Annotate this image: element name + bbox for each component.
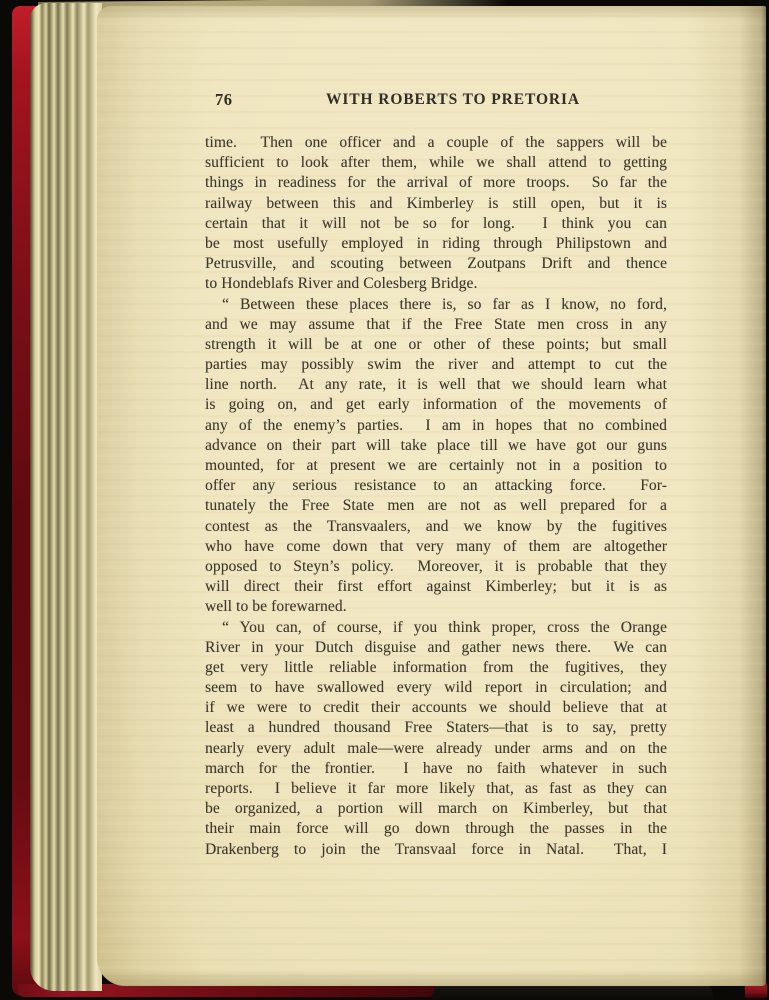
text-line: advance on their part will take place ti… bbox=[205, 436, 667, 456]
text-line: march for the frontier. I have no faith … bbox=[205, 759, 667, 779]
text-line: “ You can, of course, if you think prope… bbox=[205, 618, 667, 638]
book-page: 76 WITH ROBERTS TO PRETORIA time. Then o… bbox=[97, 6, 766, 986]
text-line: be most usefully employed in riding thro… bbox=[205, 234, 667, 254]
text-line: be organized, a portion will march on Ki… bbox=[205, 799, 667, 819]
text-line: if we were to credit their accounts we s… bbox=[205, 698, 667, 718]
text-line: seem to have swallowed every wild report… bbox=[205, 678, 667, 698]
text-line: offer any serious resistance to an attac… bbox=[205, 476, 667, 496]
page-header: 76 WITH ROBERTS TO PRETORIA bbox=[205, 90, 667, 114]
text-line: things in readiness for the arrival of m… bbox=[205, 173, 667, 193]
page-edges-stack bbox=[30, 3, 102, 991]
text-line: and we may assume that if the Free State… bbox=[205, 315, 667, 335]
running-head: WITH ROBERTS TO PRETORIA bbox=[205, 91, 667, 109]
paragraph: “ You can, of course, if you think prope… bbox=[205, 618, 667, 860]
text-line: reports. I believe it far more likely th… bbox=[205, 779, 667, 799]
text-line: is going on, and get early information o… bbox=[205, 395, 667, 415]
text-line: Petrusville, and scouting between Zoutpa… bbox=[205, 254, 667, 274]
body-text: time. Then one officer and a couple of t… bbox=[205, 133, 667, 860]
text-line: who have come down that very many of the… bbox=[205, 537, 667, 557]
text-line: line north. At any rate, it is well that… bbox=[205, 375, 667, 395]
text-line: sufficient to look after them, while we … bbox=[205, 153, 667, 173]
text-line: their main force will go down through th… bbox=[205, 819, 667, 839]
text-line: Drakenberg to join the Transvaal force i… bbox=[205, 840, 667, 860]
text-line: contest as the Transvaalers, and we know… bbox=[205, 517, 667, 537]
book-photo: 76 WITH ROBERTS TO PRETORIA time. Then o… bbox=[0, 0, 769, 1000]
paragraph: “ Between these places there is, so far … bbox=[205, 295, 667, 618]
text-line: nearly every adult male—were already und… bbox=[205, 739, 667, 759]
text-line: any of the enemy’s parties. I am in hope… bbox=[205, 416, 667, 436]
paragraph: time. Then one officer and a couple of t… bbox=[205, 133, 667, 295]
text-line: get very little reliable information fro… bbox=[205, 658, 667, 678]
text-line: mounted, for at present we are certainly… bbox=[205, 456, 667, 476]
text-line: strength it will be at one or other of t… bbox=[205, 335, 667, 355]
text-line: certain that it will not be so for long.… bbox=[205, 214, 667, 234]
text-line: tunately the Free State men are not as w… bbox=[205, 496, 667, 516]
text-line: will direct their first effort against K… bbox=[205, 577, 667, 597]
text-line: well to be forewarned. bbox=[205, 597, 667, 617]
text-line: “ Between these places there is, so far … bbox=[205, 295, 667, 315]
text-line: opposed to Steyn’s policy. Moreover, it … bbox=[205, 557, 667, 577]
text-line: River in your Dutch disguise and gather … bbox=[205, 638, 667, 658]
text-line: time. Then one officer and a couple of t… bbox=[205, 133, 667, 153]
text-line: least a hundred thousand Free Staters—th… bbox=[205, 718, 667, 738]
text-line: to Hondeblafs River and Colesberg Bridge… bbox=[205, 274, 667, 294]
text-line: railway between this and Kimberley is st… bbox=[205, 194, 667, 214]
text-line: parties may possibly swim the river and … bbox=[205, 355, 667, 375]
